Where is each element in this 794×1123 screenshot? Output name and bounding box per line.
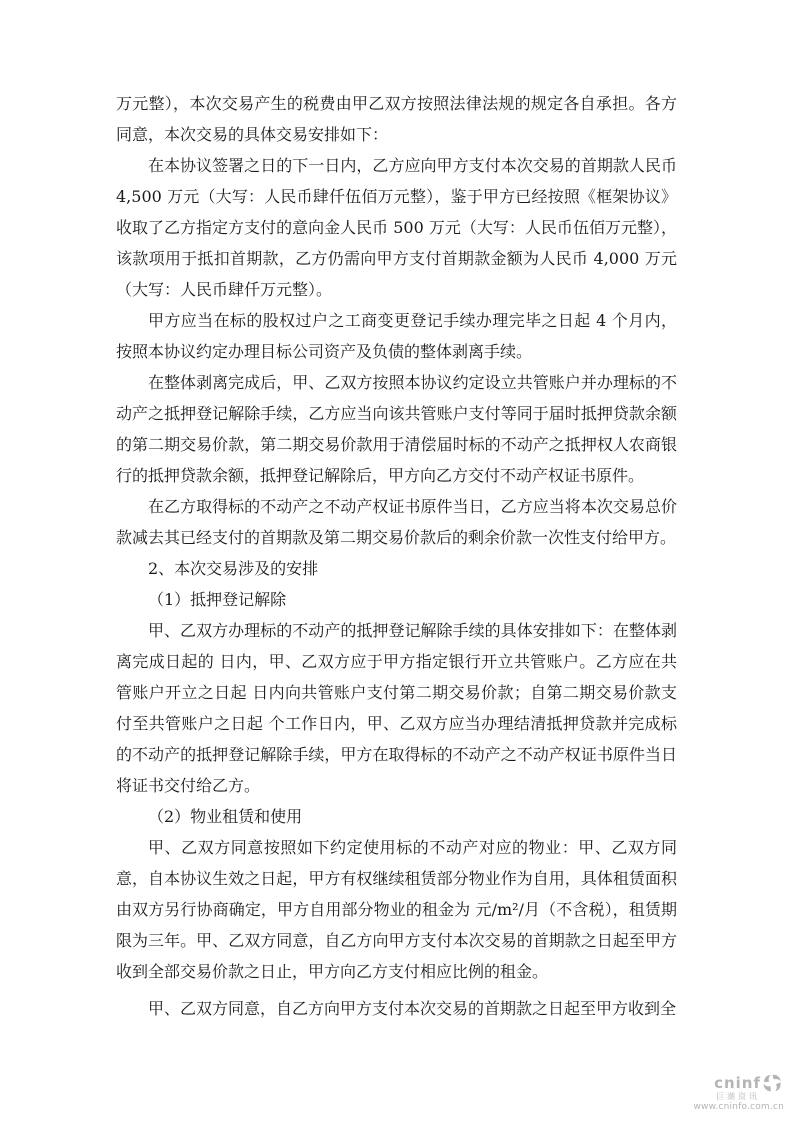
- paragraph: 在乙方取得标的不动产之不动产权证书原件当日，乙方应当将本次交易总价款减去其已经支…: [116, 491, 677, 553]
- paragraph: 甲、乙双方办理标的不动产的抵押登记解除手续的具体安排如下：在整体剥离完成日起的 …: [116, 615, 677, 801]
- document-page: 万元整），本次交易产生的税费由甲乙双方按照法律法规的规定各自承担。各方同意，本次…: [0, 0, 794, 1123]
- paragraph: 甲、乙双方同意，自乙方向甲方支付本次交易的首期款之日起至甲方收到全: [116, 993, 677, 1024]
- paragraph: （2）物业租赁和使用: [116, 801, 677, 832]
- paragraph: 在整体剥离完成后，甲、乙双方按照本协议约定设立共管账户并办理标的不动产之抵押登记…: [116, 367, 677, 491]
- paragraph: 2、本次交易涉及的安排: [116, 553, 677, 584]
- paragraph: （1）抵押登记解除: [116, 584, 677, 615]
- cninfo-watermark-row: cninf: [676, 1073, 786, 1093]
- cninfo-brand-text: cninf: [714, 1075, 761, 1091]
- cninfo-chinese-name: 巨潮资讯: [676, 1092, 760, 1101]
- paragraph: 甲、乙双方同意按照如下约定使用标的不动产对应的物业：甲、乙双方同意，自本协议生效…: [116, 832, 677, 987]
- document-body: 万元整），本次交易产生的税费由甲乙双方按照法律法规的规定各自承担。各方同意，本次…: [116, 88, 677, 1024]
- paragraph: 在本协议签署之日的下一日内，乙方应向甲方支付本次交易的首期款人民币4,500 万…: [116, 150, 677, 305]
- cninfo-url: www.cninfo.com.cn: [676, 1102, 786, 1113]
- cninfo-swirl-icon: [762, 1073, 782, 1093]
- paragraph: 甲方应当在标的股权过户之工商变更登记手续办理完毕之日起 4 个月内，按照本协议约…: [116, 305, 677, 367]
- cninfo-watermark: cninf 巨潮资讯 www.cninfo.com.cn: [676, 1073, 786, 1113]
- paragraph: 万元整），本次交易产生的税费由甲乙双方按照法律法规的规定各自承担。各方同意，本次…: [116, 88, 677, 150]
